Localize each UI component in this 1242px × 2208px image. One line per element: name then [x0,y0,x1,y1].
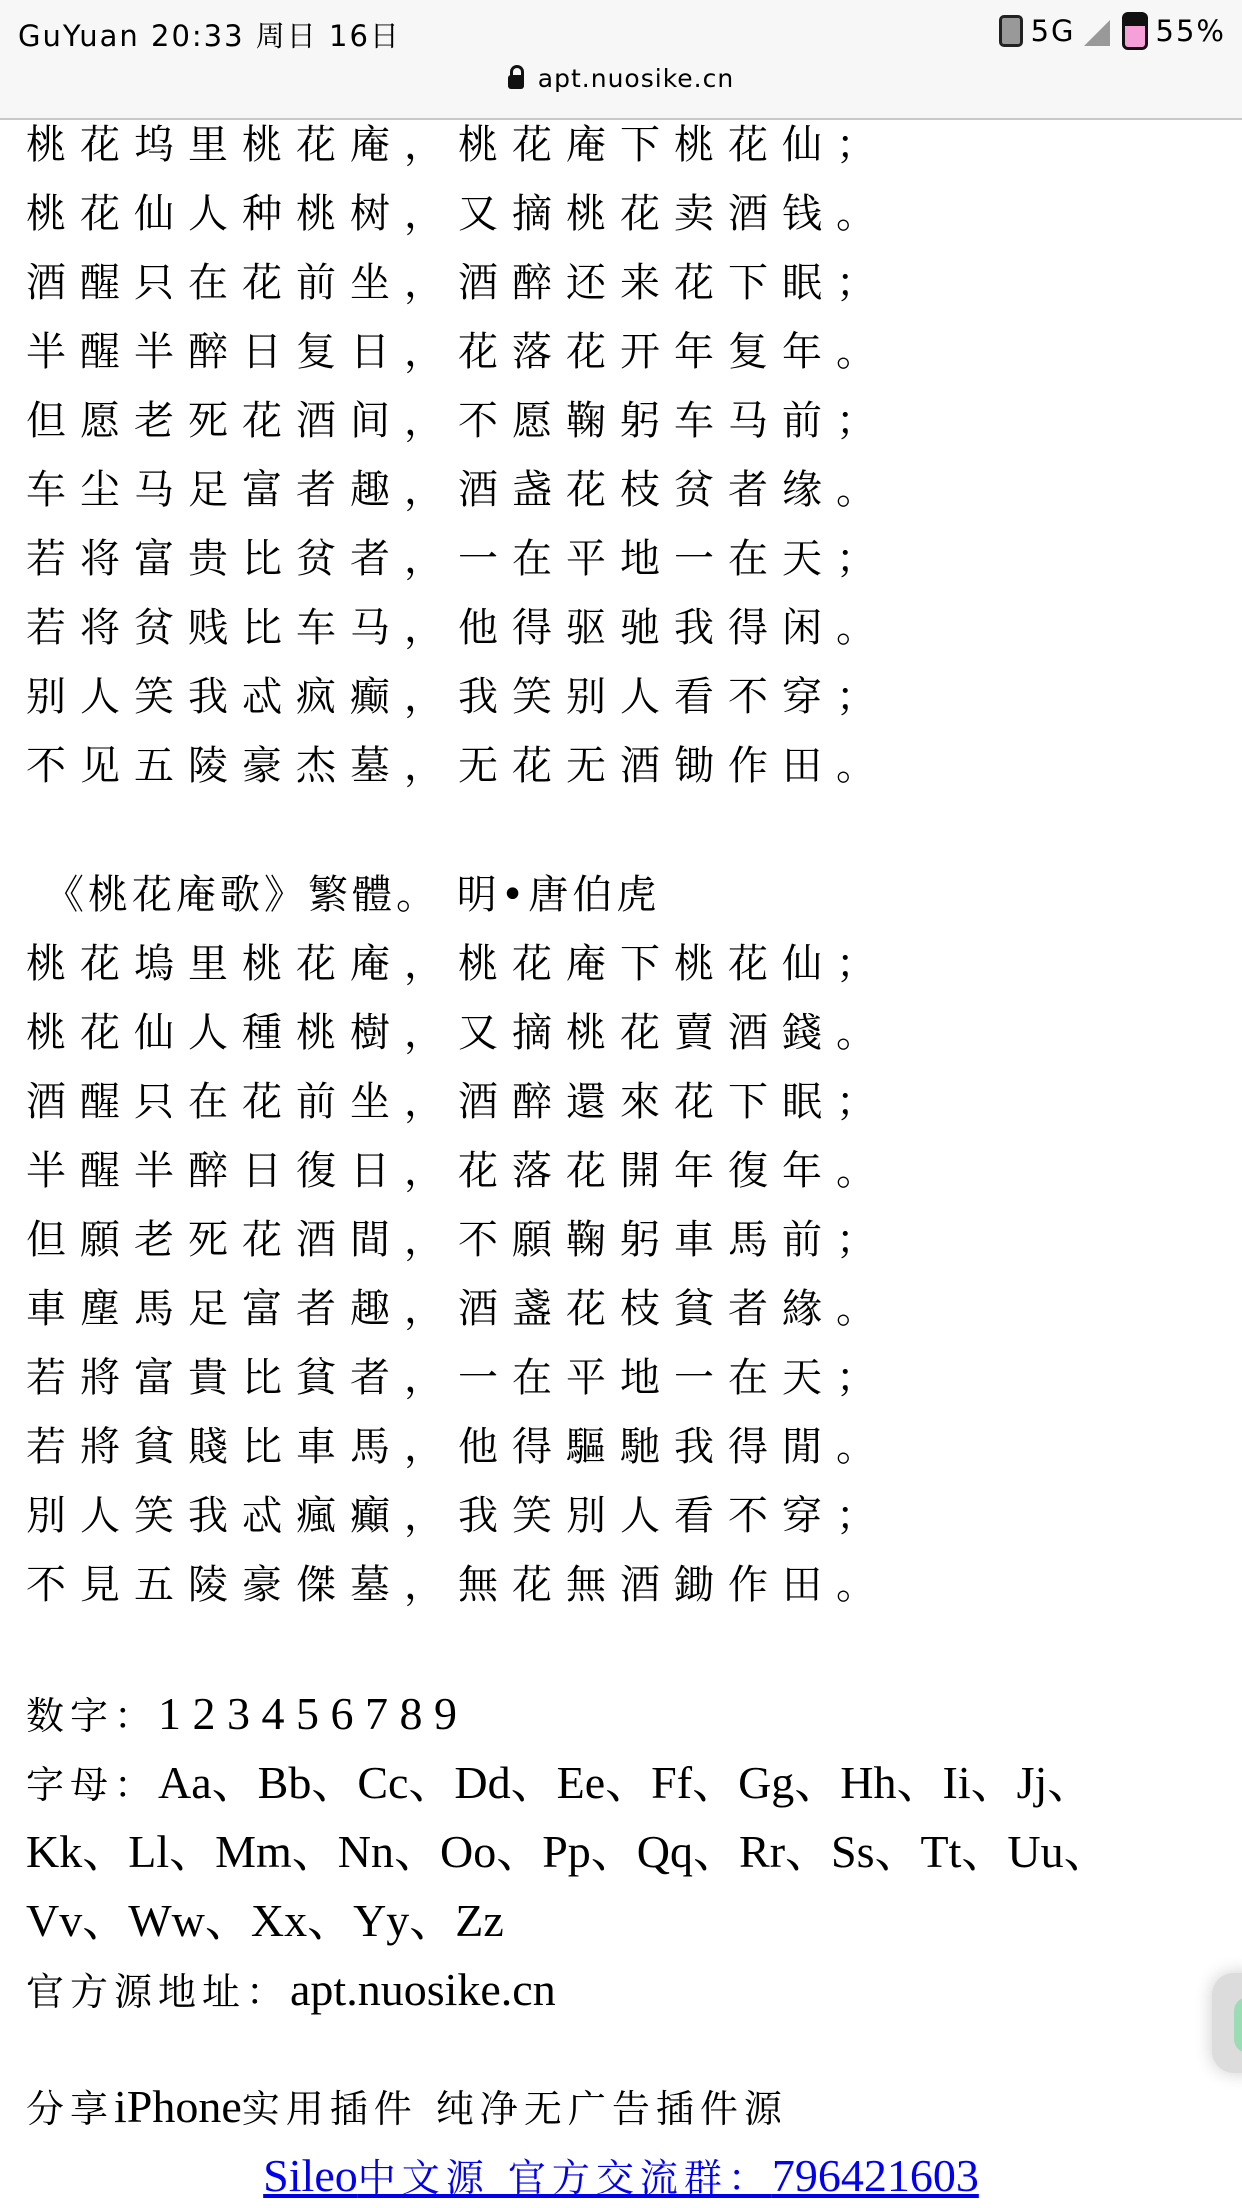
poem-line: 但願老死花酒間，不願鞠躬車馬前； [26,1210,890,1270]
letters-line-2: Kk、Ll、Mm、Nn、Oo、Pp、Qq、Rr、Ss、Tt、Uu、 [26,1822,1110,1882]
poem-line: 桃花仙人种桃树，又摘桃花卖酒钱。 [26,184,890,244]
phone-icon [999,15,1023,47]
network-type: 5G [1031,14,1076,48]
poem-line: 桃花塢里桃花庵，桃花庵下桃花仙； [26,934,890,994]
poem-line: 酒醒只在花前坐，酒醉還來花下眠； [26,1072,890,1132]
floating-assistive-button[interactable] [1212,1973,1242,2073]
digits-value: 1 2 3 4 5 6 7 8 9 [158,1688,457,1739]
poem-line: 車塵馬足富者趣，酒盞花枝貧者緣。 [26,1279,890,1339]
letters-label: 字母： [26,1763,158,1807]
source-label: 官方源地址： [26,1970,290,2014]
poem-line: 若將貧賤比車馬，他得驅馳我得閒。 [26,1417,890,1477]
poem-line: 别人笑我忒疯癫，我笑别人看不穿； [26,667,890,727]
signal-icon [1084,16,1114,46]
poem-line: 酒醒只在花前坐，酒醉还来花下眠； [26,253,890,313]
poem-line: 不見五陵豪傑墓，無花無酒鋤作田。 [26,1555,890,1615]
poem-line: 別人笑我忒瘋癲，我笑別人看不穿； [26,1486,890,1546]
poem-line: 若將富貴比貧者，一在平地一在天； [26,1348,890,1408]
poem-line: 若将贫贱比车马，他得驱驰我得闲。 [26,598,890,658]
poem-line: 不见五陵豪杰墓，无花无酒锄作田。 [26,736,890,796]
poem-line: 桃花坞里桃花庵，桃花庵下桃花仙； [26,115,890,175]
letters-line-3: Vv、Ww、Xx、Yy、Zz [26,1891,504,1951]
status-indicators: 5G 55% [999,12,1226,50]
digits-label: 数字： [26,1694,158,1738]
link-cjk: 中文源 官方交流群： [358,2156,772,2200]
poem-line: 但愿老死花酒间，不愿鞠躬车马前； [26,391,890,451]
poem-line: 若将富贵比贫者，一在平地一在天； [26,529,890,589]
share-suffix: 实用插件 纯净无广告插件源 [242,2087,788,2131]
poem-line: 车尘马足富者趣，酒盏花枝贫者缘。 [26,460,890,520]
share-prefix: 分享 [26,2087,114,2131]
share-tagline: 分享iPhone实用插件 纯净无广告插件源 [26,2077,788,2139]
source-url: apt.nuosike.cn [290,1964,556,2015]
url-bar[interactable]: apt.nuosike.cn [0,64,1242,93]
letters-sample: 字母：Aa、Bb、Cc、Dd、Ee、Ff、Gg、Hh、Ii、Jj、 [26,1753,1093,1815]
link-number: 796421603 [772,2150,979,2201]
poem-line: 半醒半醉日復日，花落花開年復年。 [26,1141,890,1201]
digits-sample: 数字：1 2 3 4 5 6 7 8 9 [26,1684,457,1746]
share-brand: iPhone [114,2081,242,2132]
browser-top-bar: GuYuan 20:33 周日 16日 5G 55% apt.nuosike.c… [0,0,1242,120]
source-address: 官方源地址：apt.nuosike.cn [26,1960,556,2022]
poem-line: 半醒半醉日复日，花落花开年复年。 [26,322,890,382]
poem-title-traditional: 《桃花庵歌》繁體。 明•唐伯虎 [44,865,660,925]
battery-icon [1122,12,1148,50]
poem-line: 桃花仙人種桃樹，又摘桃花賣酒錢。 [26,1003,890,1063]
letters-line-1: Aa、Bb、Cc、Dd、Ee、Ff、Gg、Hh、Ii、Jj、 [158,1757,1093,1808]
qq-group-link[interactable]: Sileo中文源 官方交流群：796421603 [0,2146,1242,2208]
url-text: apt.nuosike.cn [538,64,734,93]
status-carrier-time: GuYuan 20:33 周日 16日 [18,14,401,55]
link-prefix: Sileo [263,2150,358,2201]
lock-icon [508,75,524,89]
battery-percent: 55% [1156,14,1226,48]
